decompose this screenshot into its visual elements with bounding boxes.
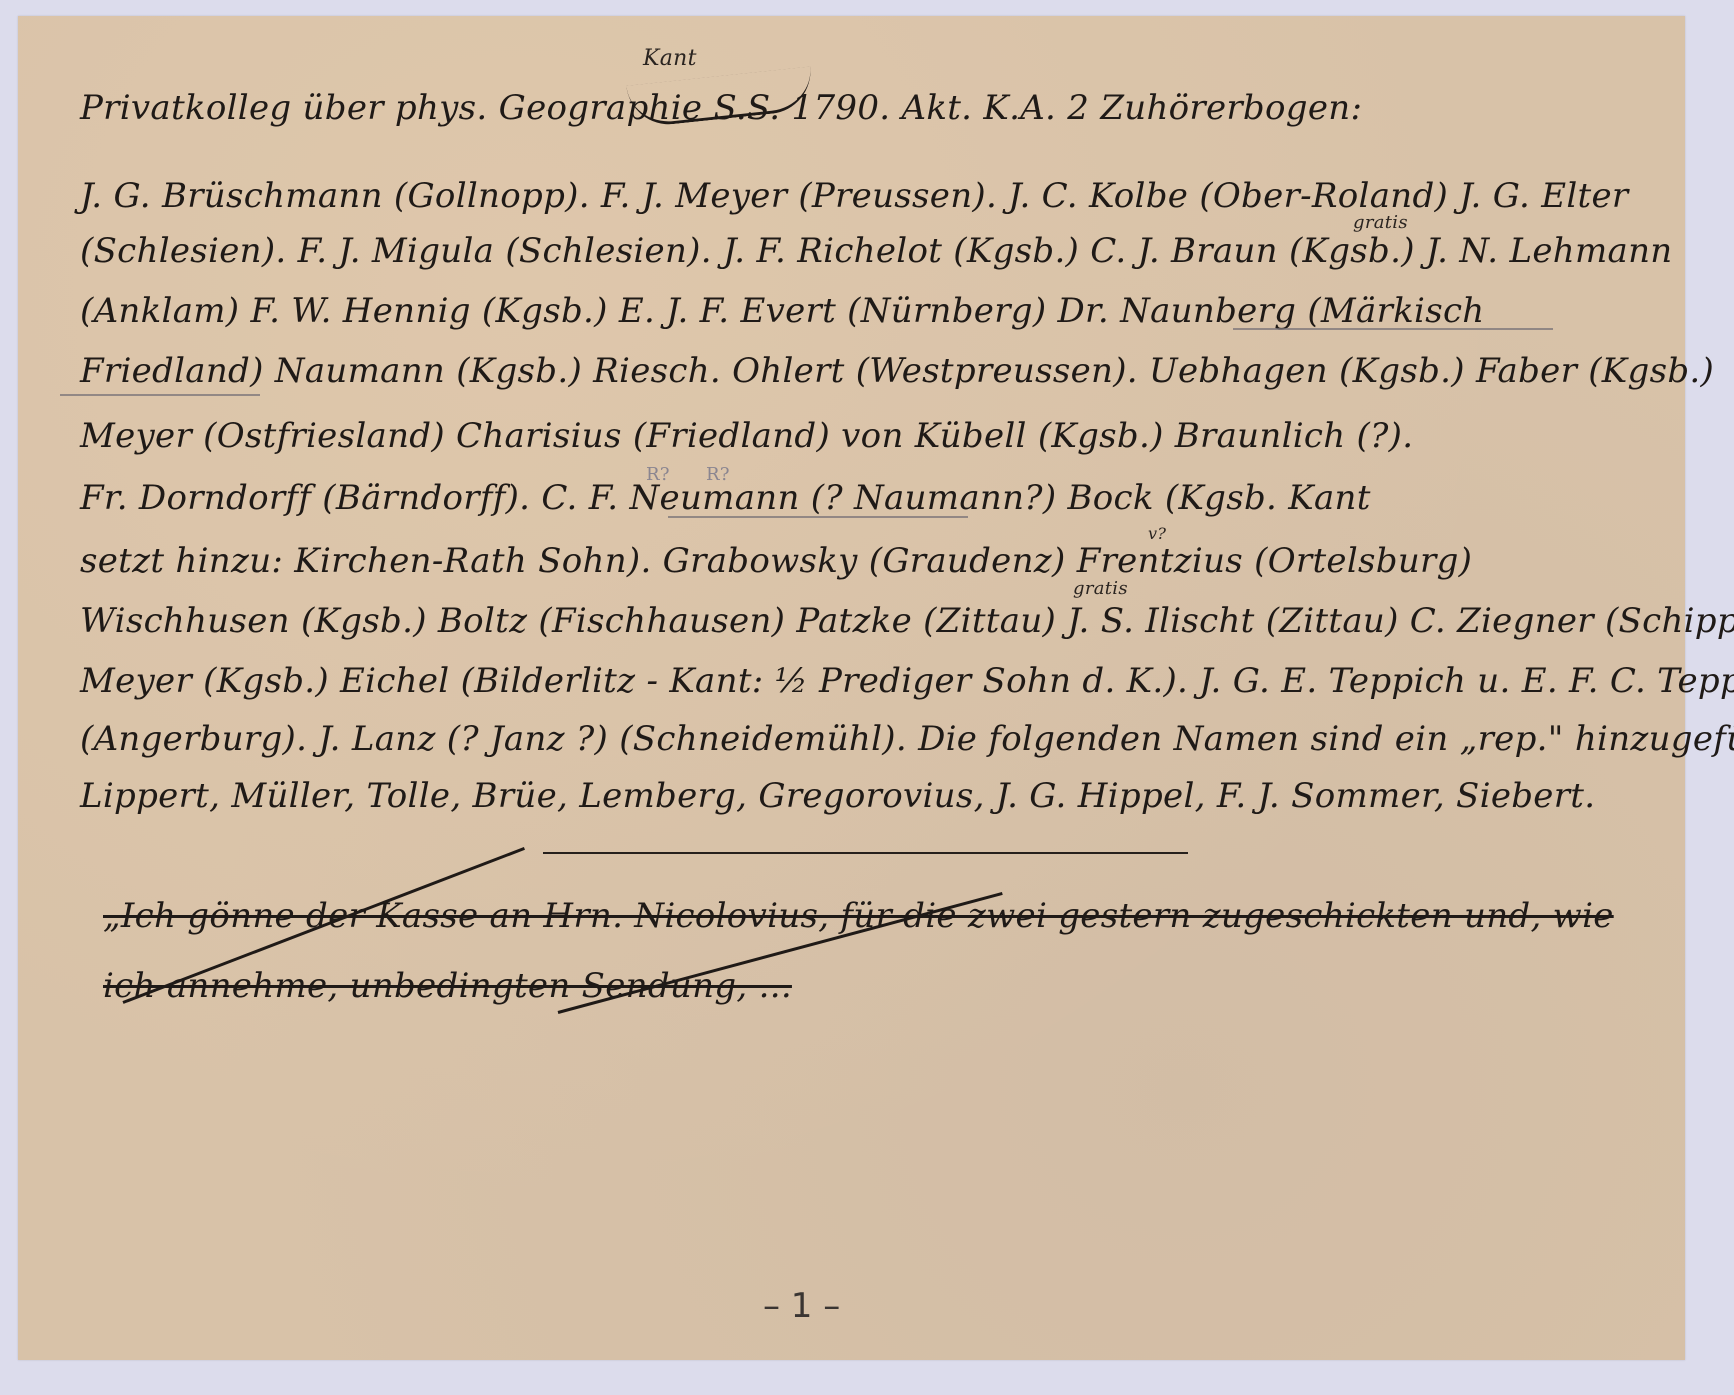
manuscript-line-7: Fr. Dorndorff (Bärndorff). C. F. Neumann… [80, 478, 1371, 518]
insertion-kant: Kant [643, 46, 697, 71]
pencil-underline-neumann [668, 516, 968, 518]
cancelled-passage: „Ich gönne der Kasse an Hrn. Nicolovius,… [103, 896, 1703, 1006]
pencil-underline-naunberg [1233, 328, 1553, 330]
manuscript-line-1: Privatkolleg über phys. Geographie S.S. … [80, 88, 1362, 128]
note-gratis-2: gratis [1073, 578, 1128, 599]
note-gratis-1: gratis [1353, 212, 1408, 233]
manuscript-line-2: J. G. Brüschmann (Gollnopp). F. J. Meyer… [80, 176, 1628, 216]
manuscript-page: Kant Privatkolleg über phys. Geographie … [18, 16, 1685, 1360]
manuscript-line-12: Lippert, Müller, Tolle, Brüe, Lemberg, G… [80, 776, 1595, 816]
manuscript-line-8: setzt hinzu: Kirchen-Rath Sohn). Grabows… [80, 541, 1472, 581]
page-number: – 1 – [763, 1286, 840, 1326]
cancelled-line-2: ich annehme, unbedingten Sendung, ... [103, 966, 1703, 1006]
section-divider [543, 852, 1188, 854]
manuscript-line-10: Meyer (Kgsb.) Eichel (Bilderlitz - Kant:… [80, 661, 1734, 701]
pencil-underline-friedland [60, 394, 260, 396]
manuscript-line-6: Meyer (Ostfriesland) Charisius (Friedlan… [80, 416, 1413, 456]
manuscript-line-5: Friedland) Naumann (Kgsb.) Riesch. Ohler… [80, 351, 1714, 391]
manuscript-line-9: Wischhusen (Kgsb.) Boltz (Fischhausen) P… [80, 601, 1734, 641]
manuscript-line-11: (Angerburg). J. Lanz (? Janz ?) (Schneid… [80, 719, 1734, 759]
manuscript-line-4: (Anklam) F. W. Hennig (Kgsb.) E. J. F. E… [80, 291, 1484, 331]
manuscript-line-3: (Schlesien). F. J. Migula (Schlesien). J… [80, 231, 1672, 271]
